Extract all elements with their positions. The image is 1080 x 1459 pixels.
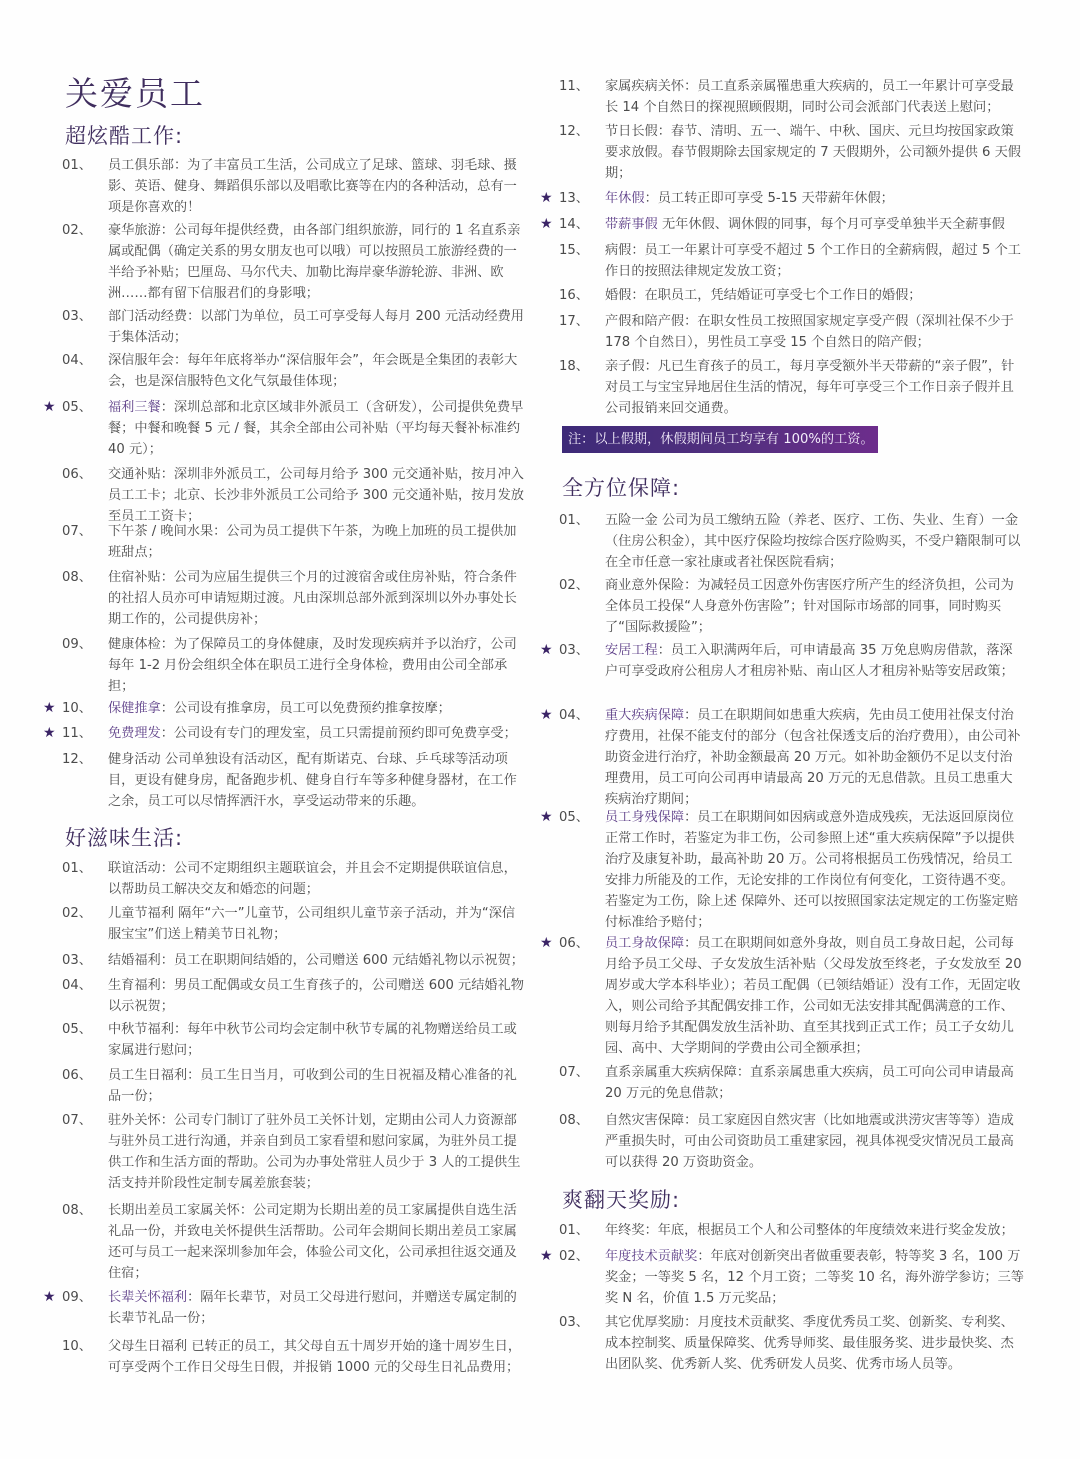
star-icon: ★ (540, 1246, 553, 1267)
benefit-item-work-6: 06、交通补贴：深圳非外派员工，公司每月给予 300 元交通补贴，按月冲入员工工… (62, 464, 527, 527)
item-number: 04、 (559, 705, 589, 726)
item-number: 05、 (559, 807, 589, 828)
benefit-item-security-2: 02、商业意外保险：为减轻员工因意外伤害医疗所产生的经济负担，公司为全体员工投保… (559, 575, 1024, 638)
item-text: 公司单独设有活动区，配有斯诺克、台球、乒乓球等活动项目，更设有健身房，配备跑步机… (108, 752, 517, 809)
item-text: 公司为员工缴纳五险（养老、医疗、工伤、失业、生育）一金（住房公积金），其中医疗保… (605, 513, 1020, 570)
item-number: 12、 (559, 121, 589, 142)
star-icon: ★ (540, 807, 553, 828)
item-label: 病假 (605, 243, 631, 258)
item-text: ：深圳总部和北京区域非外派员工（含研发），公司提供免费早餐；中餐和晚餐 5 元 … (108, 400, 523, 457)
item-number: 03、 (559, 1312, 589, 1333)
item-label: 直系亲属重大疾病保障 (605, 1065, 737, 1080)
star-icon: ★ (540, 705, 553, 726)
benefit-item-life-4: 04、生育福利：男员工配偶或女员工生育孩子的，公司赠送 600 元结婚礼物以示祝… (62, 975, 527, 1017)
item-number: 03、 (62, 950, 92, 971)
section-title-life: 好滋味生活: (65, 826, 183, 851)
item-number: 01、 (559, 1220, 589, 1241)
benefit-item-life-1: 01、联谊活动：公司不定期组织主题联谊会，并且会不定期提供联谊信息，以帮助员工解… (62, 858, 527, 900)
item-text: ：员工一年累计可享受不超过 5 个工作日的全薪病假，超过 5 个工作日的按照法律… (605, 243, 1021, 279)
item-number: 08、 (62, 567, 92, 588)
item-label: 中秋节福利 (108, 1022, 174, 1037)
item-label: 长辈关怀福利 (108, 1290, 187, 1305)
benefit-item-security-5: ★05、员工身残保障：员工在职期间如因病或意外造成残疾，无法返回原岗位正常工作时… (559, 807, 1024, 933)
item-label: 家属疾病关怀 (605, 79, 684, 94)
benefit-item-life-14: ★14、带薪事假 无年休假、调休假的同事，每个月可享受单独半天全薪事假 (559, 214, 1024, 235)
benefit-item-life-7: 07、驻外关怀：公司专门制订了驻外员工关怀计划，定期由公司人力资源部与驻外员工进… (62, 1110, 527, 1194)
item-label: 其它优厚奖励 (605, 1315, 684, 1330)
benefit-item-work-5: ★05、福利三餐：深圳总部和北京区域非外派员工（含研发），公司提供免费早餐；中餐… (62, 397, 527, 460)
item-text: ：员工入职满两年后，可申请最高 35 万免息购房借款，落深户可享受政府公租房人才… (605, 643, 1014, 679)
item-number: 18、 (559, 356, 589, 377)
item-text: ：公司设有推拿房，员工可以免费预约推拿按摩； (161, 701, 451, 716)
benefit-item-work-12: 12、健身活动 公司单独设有活动区，配有斯诺克、台球、乒乓球等活动项目，更设有健… (62, 749, 527, 812)
item-text: ：春节、清明、五一、端午、中秋、国庆、元旦均按国家政策要求放假。春节假期除去国家… (605, 124, 1021, 181)
item-label: 带薪事假 (605, 217, 658, 232)
item-label: 员工身故保障 (605, 936, 684, 951)
item-label: 员工生日福利 (108, 1068, 187, 1083)
benefit-item-security-6: ★06、员工身故保障：员工在职期间如意外身故，则自员工身故日起，公司每月给予员工… (559, 933, 1024, 1059)
benefit-item-life-18: 18、亲子假：凡已生育孩子的员工，每月享受额外半天带薪的“亲子假”，针对员工与宝… (559, 356, 1024, 419)
benefit-item-life-8: 08、长期出差员工家属关怀：公司定期为长期出差的员工家属提供自选生活礼品一份，并… (62, 1200, 527, 1284)
item-label: 亲子假 (605, 359, 645, 374)
item-number: 08、 (62, 1200, 92, 1221)
item-number: 06、 (62, 464, 92, 485)
item-text: ：在职员工，凭结婚证可享受七个工作日的婚假； (631, 288, 921, 303)
item-label: 结婚福利 (108, 953, 161, 968)
star-icon: ★ (43, 397, 56, 418)
item-label: 住宿补贴 (108, 570, 161, 585)
star-icon: ★ (43, 1287, 56, 1308)
item-number: 09、 (62, 1287, 92, 1308)
item-label: 年终奖 (605, 1223, 645, 1238)
item-number: 17、 (559, 311, 589, 332)
item-label: 节日长假 (605, 124, 658, 139)
benefit-item-security-1: 01、五险一金 公司为员工缴纳五险（养老、医疗、工伤、失业、生育）一金（住房公积… (559, 510, 1024, 573)
benefit-item-work-7: 07、下午茶 / 晚间水果：公司为员工提供下午茶，为晚上加班的员工提供加班甜点； (62, 521, 527, 563)
item-number: 01、 (62, 858, 92, 879)
item-label: 重大疾病保障 (605, 708, 684, 723)
item-number: 02、 (62, 220, 92, 241)
star-icon: ★ (43, 698, 56, 719)
benefit-item-life-6: 06、员工生日福利：员工生日当月，可收到公司的生日祝福及精心准备的礼品一份； (62, 1065, 527, 1107)
item-label: 长期出差员工家属关怀 (108, 1203, 240, 1218)
item-number: 04、 (62, 975, 92, 996)
benefit-item-life-12: 12、节日长假：春节、清明、五一、端午、中秋、国庆、元旦均按国家政策要求放假。春… (559, 121, 1024, 184)
benefit-item-work-4: 04、深信服年会：每年年底将举办“深信服年会”，年会既是全集团的表彰大会，也是深… (62, 350, 527, 392)
star-icon: ★ (540, 188, 553, 209)
item-text: 无年休假、调休假的同事，每个月可享受单独半天全薪事假 (658, 217, 1005, 232)
benefit-item-work-1: 01、员工俱乐部：为了丰富员工生活，公司成立了足球、篮球、羽毛球、摄影、英语、健… (62, 155, 527, 218)
section-title-security: 全方位保障: (562, 476, 680, 501)
benefit-item-rewards-1: 01、年终奖：年底，根据员工个人和公司整体的年度绩效来进行奖金发放； (559, 1220, 1024, 1241)
item-label: 部门活动经费 (108, 309, 187, 324)
benefit-item-life-3: 03、结婚福利：员工在职期间结婚的，公司赠送 600 元结婚礼物以示祝贺； (62, 950, 527, 971)
benefit-item-work-3: 03、部门活动经费：以部门为单位，员工可享受每人每月 200 元活动经费用于集体… (62, 306, 527, 348)
item-label: 驻外关怀 (108, 1113, 161, 1128)
item-label: 福利三餐 (108, 400, 161, 415)
item-number: 10、 (62, 1336, 92, 1357)
item-label: 联谊活动 (108, 861, 161, 876)
item-number: 11、 (62, 723, 92, 744)
benefit-item-life-11: 11、家属疾病关怀：员工直系亲属罹患重大疾病的，员工一年累计可享受最长 14 个… (559, 76, 1024, 118)
item-label: 深信服年会 (108, 353, 174, 368)
item-label: 生育福利 (108, 978, 161, 993)
item-label: 儿童节福利 (108, 906, 174, 921)
item-number: 07、 (62, 521, 92, 542)
item-label: 安居工程 (605, 643, 658, 658)
item-label: 五险一金 (605, 513, 658, 528)
item-label: 父母生日福利 (108, 1339, 187, 1354)
benefit-item-security-7: 07、直系亲属重大疾病保障：直系亲属患重大疾病，员工可向公司申请最高 20 万元… (559, 1062, 1024, 1104)
item-number: 03、 (559, 640, 589, 661)
item-number: 14、 (559, 214, 589, 235)
item-label: 产假和陪产假 (605, 314, 684, 329)
benefit-item-security-3: ★03、安居工程：员工入职满两年后，可申请最高 35 万免息购房借款，落深户可享… (559, 640, 1024, 682)
item-number: 04、 (62, 350, 92, 371)
item-text: ：员工在职期间如意外身故，则自员工身故日起，公司每月给予员工父母、子女发放生活补… (605, 936, 1022, 1056)
benefit-item-rewards-3: 03、其它优厚奖励：月度技术贡献奖、季度优秀员工奖、创新奖、专利奖、成本控制奖、… (559, 1312, 1024, 1375)
item-text: ：年底，根据员工个人和公司整体的年度绩效来进行奖金发放； (645, 1223, 1014, 1238)
item-number: 05、 (62, 1019, 92, 1040)
benefit-item-life-10: 10、父母生日福利 已转正的员工，其父母自五十周岁开始的逢十周岁生日，可享受两个… (62, 1336, 527, 1378)
section-title-work: 超炫酷工作: (65, 124, 183, 149)
item-label: 保健推拿 (108, 701, 161, 716)
star-icon: ★ (540, 214, 553, 235)
item-number: 16、 (559, 285, 589, 306)
item-label: 豪华旅游 (108, 223, 161, 238)
item-label: 下午茶 / 晚间水果 (108, 524, 213, 539)
vacation-pay-note: 注：以上假期，休假期间员工均享有 100%的工资。 (562, 426, 878, 453)
item-text: ：为了保障员工的身体健康，及时发现疾病并予以治疗，公司每年 1-2 月份会组织全… (108, 637, 517, 694)
section-title-rewards: 爽翻天奖励: (562, 1188, 680, 1213)
benefit-item-life-9: ★09、长辈关怀福利：隔年长辈节，对员工父母进行慰问，并赠送专属定制的长辈节礼品… (62, 1287, 527, 1329)
item-text: ：员工在职期间结婚的，公司赠送 600 元结婚礼物以示祝贺； (161, 953, 524, 968)
item-number: 07、 (62, 1110, 92, 1131)
benefit-item-work-9: 09、健康体检：为了保障员工的身体健康，及时发现疾病并予以治疗，公司每年 1-2… (62, 634, 527, 697)
item-label: 员工俱乐部 (108, 158, 174, 173)
item-number: 06、 (62, 1065, 92, 1086)
item-label: 健身活动 (108, 752, 161, 767)
item-label: 交通补贴 (108, 467, 161, 482)
item-number: 02、 (559, 575, 589, 596)
page-title: 关爱员工 (65, 74, 205, 114)
benefit-item-rewards-2: ★02、年度技术贡献奖：年底对创新突出者做重要表彰，特等奖 3 名，100 万奖… (559, 1246, 1024, 1309)
item-text: ：公司专门制订了驻外员工关怀计划，定期由公司人力资源部与驻外员工进行沟通，并亲自… (108, 1113, 520, 1191)
item-number: 08、 (559, 1110, 589, 1131)
star-icon: ★ (43, 723, 56, 744)
item-text: ：员工转正即可享受 5-15 天带薪年休假； (645, 191, 894, 206)
benefit-item-work-2: 02、豪华旅游：公司每年提供经费，由各部门组织旅游，同行的 1 名直系亲属或配偶… (62, 220, 527, 304)
item-text: ：公司每年提供经费，由各部门组织旅游，同行的 1 名直系亲属或配偶（确定关系的男… (108, 223, 520, 301)
item-text: ：员工在职期间如因病或意外造成残疾，无法返回原岗位正常工作时，若鉴定为非工伤，公… (605, 810, 1018, 930)
item-label: 员工身残保障 (605, 810, 684, 825)
benefit-item-work-10: ★10、保健推拿：公司设有推拿房，员工可以免费预约推拿按摩； (62, 698, 527, 719)
item-number: 12、 (62, 749, 92, 770)
item-label: 健康体检 (108, 637, 161, 652)
item-text: ：深圳非外派员工，公司每月给予 300 元交通补贴，按月冲入员工工卡；北京、长沙… (108, 467, 524, 524)
item-label: 婚假 (605, 288, 631, 303)
item-number: 10、 (62, 698, 92, 719)
item-number: 11、 (559, 76, 589, 97)
item-text: ：凡已生育孩子的员工，每月享受额外半天带薪的“亲子假”，针对员工与宝宝异地居住生… (605, 359, 1014, 416)
item-label: 自然灾害保障 (605, 1113, 684, 1128)
item-label: 商业意外保险 (605, 578, 684, 593)
item-number: 07、 (559, 1062, 589, 1083)
item-number: 02、 (559, 1246, 589, 1267)
item-label: 年休假 (605, 191, 645, 206)
item-text: ：公司为应届生提供三个月的过渡宿舍或住房补贴，符合条件的社招人员亦可申请短期过渡… (108, 570, 517, 627)
star-icon: ★ (540, 933, 553, 954)
item-number: 13、 (559, 188, 589, 209)
item-number: 05、 (62, 397, 92, 418)
item-text: ：男员工配偶或女员工生育孩子的，公司赠送 600 元结婚礼物以示祝贺； (108, 978, 524, 1014)
benefit-item-work-11: ★11、免费理发：公司设有专门的理发室，员工只需提前预约即可免费享受； (62, 723, 527, 744)
item-number: 09、 (62, 634, 92, 655)
benefit-item-security-8: 08、自然灾害保障：员工家庭因自然灾害（比如地震或洪涝灾害等等）造成严重损失时，… (559, 1110, 1024, 1173)
item-label: 年度技术贡献奖 (605, 1249, 697, 1264)
item-number: 01、 (62, 155, 92, 176)
star-icon: ★ (540, 640, 553, 661)
item-text: ：公司不定期组织主题联谊会，并且会不定期提供联谊信息，以帮助员工解决交友和婚恋的… (108, 861, 517, 897)
item-number: 15、 (559, 240, 589, 261)
item-number: 01、 (559, 510, 589, 531)
item-number: 06、 (559, 933, 589, 954)
benefit-item-life-17: 17、产假和陪产假：在职女性员工按照国家规定享受产假（深圳社保不少于 178 个… (559, 311, 1024, 353)
item-label: 免费理发 (108, 726, 161, 741)
item-number: 02、 (62, 903, 92, 924)
benefit-item-life-13: ★13、年休假：员工转正即可享受 5-15 天带薪年休假； (559, 188, 1024, 209)
benefit-item-security-4: ★04、重大疾病保障：员工在职期间如患重大疾病，先由员工使用社保支付治疗费用，社… (559, 705, 1024, 810)
item-text: ：公司设有专门的理发室，员工只需提前预约即可免费享受； (161, 726, 517, 741)
benefit-item-work-8: 08、住宿补贴：公司为应届生提供三个月的过渡宿舍或住房补贴，符合条件的社招人员亦… (62, 567, 527, 630)
benefit-item-life-15: 15、病假：员工一年累计可享受不超过 5 个工作日的全薪病假，超过 5 个工作日… (559, 240, 1024, 282)
benefit-item-life-5: 05、中秋节福利：每年中秋节公司均会定制中秋节专属的礼物赠送给员工或家属进行慰问… (62, 1019, 527, 1061)
item-number: 03、 (62, 306, 92, 327)
benefit-item-life-2: 02、儿童节福利 隔年“六一”儿童节，公司组织儿童节亲子活动，并为“深信服宝宝”… (62, 903, 527, 945)
benefit-item-life-16: 16、婚假：在职员工，凭结婚证可享受七个工作日的婚假； (559, 285, 1024, 306)
